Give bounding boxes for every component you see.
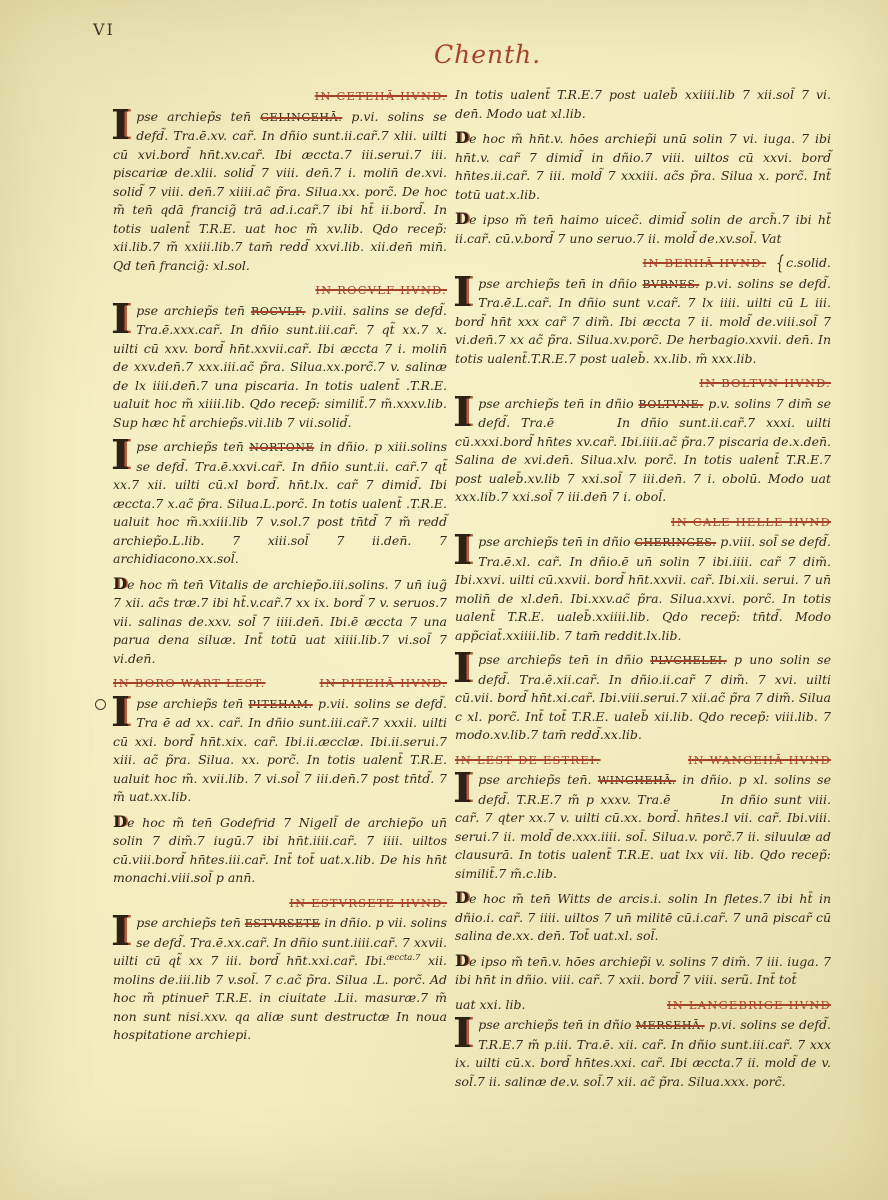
drop-initial: I: [453, 276, 472, 309]
paragraph-text: pse archiep̃s ten̄: [136, 109, 260, 124]
paragraph-text: pse archiep̃s ten̄ in dñio: [478, 534, 634, 549]
place-name: WINGHEHĀ.: [598, 774, 676, 787]
paragraph-text: in dñio. p xiii.solins se defd̃. Tra.ē.x…: [113, 439, 447, 566]
paragraph-text: e ipso m̃ ten̄ haimo uicec̃. dimid̃ soli…: [455, 212, 831, 246]
paragraph-text: pse archiep̃s ten̄: [136, 915, 245, 930]
paragraph-text: p.vi. solins se defd̃. Tra.ē.xv. car̃. I…: [113, 109, 447, 273]
hundred-heading-line: IN CALE HELLE HVND: [455, 513, 831, 532]
drop-initial: I: [111, 915, 130, 948]
paragraph-text: pse archiep̃s ten̄ in dñio: [478, 396, 638, 411]
paragraph-text: pse archiep̃s ten̄: [136, 303, 251, 318]
manuscript-paragraph: Ipse archiep̃s ten̄ PITEHAM. p.vii. soli…: [113, 695, 447, 807]
hundred-heading: IN PITEHĀ HVND.: [320, 674, 447, 693]
manuscript-paragraph: De hoc m̃ ten̄ Witts de arcis.i. solin I…: [455, 889, 831, 946]
place-name: CHERINGES.: [634, 536, 716, 549]
hundred-heading: IN CETEHĀ HVND.: [315, 87, 447, 106]
paragraph-text: e hoc m̃ ten̄ Godefrid 7 Nigell̃ de arch…: [113, 815, 447, 886]
manuscript-paragraph: Ipse archiep̃s ten̄ NORTONE in dñio. p x…: [113, 438, 447, 569]
hundred-heading: IN WANGEHĀ HVND: [688, 751, 831, 770]
hundred-heading-line: IN ROCVLF HVND.: [113, 281, 447, 300]
hundred-heading: IN LANGEBRIGE HVND: [667, 996, 831, 1015]
manuscript-paragraph: Ipse archiep̃s ten̄ in dñio MERSEHĀ. p.v…: [455, 1016, 831, 1091]
right-column: In totis ualent̄ T.R.E.7 post ualeb̄ xxi…: [455, 86, 831, 1091]
paragraph-text: pse archiep̃s ten̄.: [478, 772, 598, 787]
hundred-heading-line: uat xxi. lib.IN LANGEBRIGE HVND: [455, 996, 831, 1015]
lead-initial: D: [455, 951, 469, 970]
hundred-heading-line: IN LEST DE ESTREI.IN WANGEHĀ HVND: [455, 751, 831, 770]
marginal-mark: [95, 699, 106, 710]
manuscript-paragraph: De ipso m̃ ten̄ haimo uicec̃. dimid̃ sol…: [455, 210, 831, 248]
place-name: MERSEHĀ.: [636, 1019, 705, 1032]
manuscript-paragraph: Ipse archiep̃s ten̄ in dñio CHERINGES. p…: [455, 533, 831, 645]
place-name: ESTVRSETE: [245, 917, 320, 930]
folio-number: VI: [93, 20, 115, 39]
drop-initial: I: [111, 696, 130, 729]
drop-initial: I: [453, 1017, 472, 1050]
place-name: BOLTVNE.: [638, 398, 703, 411]
hundred-heading: IN ESTVRSETE HVND.: [289, 894, 447, 913]
manuscript-paragraph: De hoc m̃ ten̄ Vitalis de archiep̃o.iii.…: [113, 575, 447, 669]
manuscript-paragraph: Ipse archiep̃s ten̄ in dñio BOLTVNE. p.v…: [455, 395, 831, 507]
manuscript-paragraph: Ipse archiep̃s ten̄ in dñio PLVCHELEI. p…: [455, 651, 831, 745]
place-name: PITEHAM.: [249, 698, 313, 711]
place-name: GELINGEHĀ.: [260, 111, 342, 124]
lead-initial: D: [113, 812, 127, 831]
drop-initial: I: [111, 303, 130, 336]
hundred-heading-line: IN CETEHĀ HVND.: [113, 87, 447, 106]
manuscript-paragraph: In totis ualent̄ T.R.E.7 post ualeb̄ xxi…: [455, 86, 831, 123]
hundred-heading-line: IN ESTVRSETE HVND.: [113, 894, 447, 913]
hundred-heading: IN CALE HELLE HVND: [671, 513, 831, 532]
drop-initial: I: [453, 396, 472, 429]
hundred-heading: IN ROCVLF HVND.: [315, 281, 447, 300]
heading-trailing-text: c.solid.: [776, 254, 831, 273]
paragraph-text: pse archiep̃s ten̄ in dñio: [478, 652, 650, 667]
lead-initial: D: [455, 128, 469, 147]
hundred-heading-line: IN BOLTVN HVND.: [455, 374, 831, 393]
hundred-heading-line: IN BERHĀ HVND.c.solid.: [455, 254, 831, 273]
paragraph-text: pse archiep̃s ten̄ in dñio: [478, 1017, 636, 1032]
drop-initial: I: [453, 772, 472, 805]
hundred-heading: IN BERHĀ HVND.: [643, 254, 766, 273]
paragraph-text: e ipso m̃ ten̄.v. hōes archiep̃i v. soli…: [455, 954, 831, 988]
manuscript-paragraph: Ipse archiep̃s ten̄ in dñio BVRNES. p.vi…: [455, 275, 831, 369]
drop-initial: I: [453, 534, 472, 567]
paragraph-text: e hoc m̃ hn̄t.v. hōes archiep̃i unū soli…: [455, 131, 831, 202]
place-name: ROCVLF.: [251, 305, 306, 318]
paragraph-text: pse archiep̃s ten̄: [136, 696, 248, 711]
paragraph-text: p.vii. solins se defd̃. Tra ē ad xx. car…: [113, 696, 447, 805]
manuscript-paragraph: De hoc m̃ ten̄ Godefrid 7 Nigell̃ de arc…: [113, 813, 447, 888]
lead-initial: D: [455, 209, 469, 228]
page-title: Chenth.: [434, 40, 541, 69]
manuscript-page: VI Chenth. IN CETEHĀ HVND.Ipse archiep̃s…: [0, 0, 888, 1200]
paragraph-text: pse archiep̃s ten̄ in dñio: [478, 276, 642, 291]
interlinear-note: æccta.7: [386, 953, 420, 963]
manuscript-paragraph: De ipso m̃ ten̄.v. hōes archiep̃i v. sol…: [455, 952, 831, 990]
paragraph-text: e hoc m̃ ten̄ Vitalis de archiep̃o.iii.s…: [113, 577, 447, 666]
place-name: PLVCHELEI.: [650, 654, 727, 667]
manuscript-paragraph: Ipse archiep̃s ten̄ ESTVRSETE in dñio. p…: [113, 914, 447, 1045]
manuscript-paragraph: Ipse archiep̃s ten̄ ROCVLF. p.viii. sali…: [113, 302, 447, 433]
paragraph-text: p.viii. sol̃ se defd̃. Tra.ē.xl. car̃. I…: [455, 534, 831, 643]
place-name: BVRNES.: [642, 278, 699, 291]
paragraph-text: e hoc m̃ ten̄ Witts de arcis.i. solin In…: [455, 891, 831, 943]
paragraph-text: In totis ualent̄ T.R.E.7 post ualeb̄ xxi…: [455, 87, 831, 121]
drop-initial: I: [111, 439, 130, 472]
manuscript-paragraph: Ipse archiep̃s ten̄ GELINGEHĀ. p.vi. sol…: [113, 108, 447, 276]
paragraph-text: pse archiep̃s ten̄: [136, 439, 249, 454]
hundred-heading-line: IN BORO WART LEST.IN PITEHĀ HVND.: [113, 674, 447, 693]
hundred-heading: IN BORO WART LEST.: [113, 674, 266, 693]
manuscript-paragraph: De hoc m̃ hn̄t.v. hōes archiep̃i unū sol…: [455, 129, 831, 204]
hundred-heading: IN BOLTVN HVND.: [699, 374, 831, 393]
drop-initial: I: [453, 652, 472, 685]
drop-initial: I: [111, 109, 130, 142]
left-column: IN CETEHĀ HVND.Ipse archiep̃s ten̄ GELIN…: [113, 86, 447, 1045]
manuscript-paragraph: Ipse archiep̃s ten̄. WINGHEHĀ. in dñio. …: [455, 771, 831, 883]
lead-initial: D: [455, 888, 469, 907]
lead-initial: D: [113, 574, 127, 593]
place-name: NORTONE: [249, 441, 314, 454]
hundred-heading: IN LEST DE ESTREI.: [455, 751, 601, 770]
paragraph-text: p.viii. salins se defd̃. Tra.ē.xxx.car̃.…: [113, 303, 447, 430]
